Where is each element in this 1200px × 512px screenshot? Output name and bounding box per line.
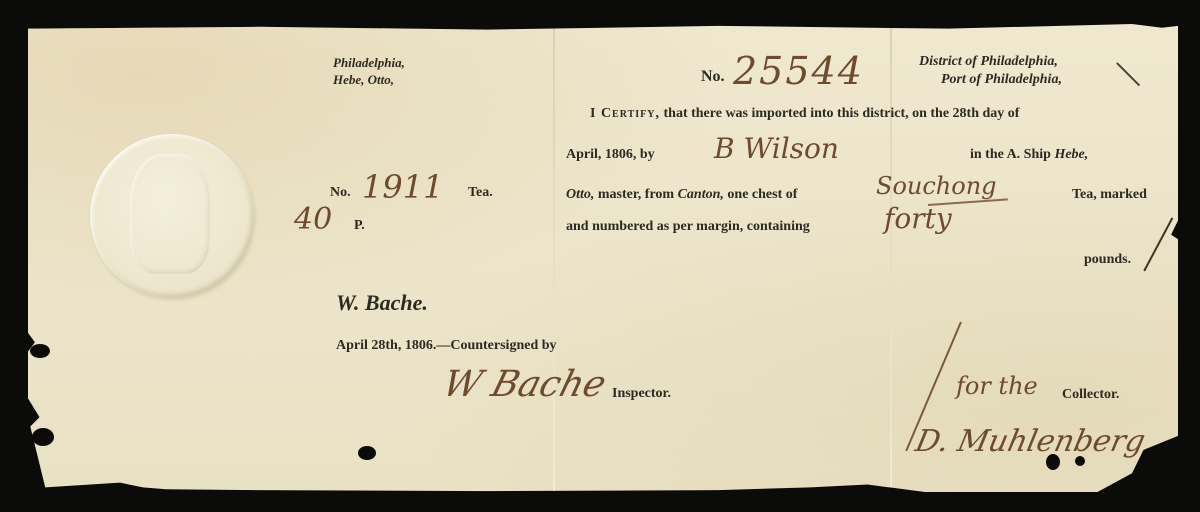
body-line3-mid: master, from — [598, 187, 674, 202]
seal-figure — [130, 154, 210, 274]
origin-port: Canton, — [678, 187, 724, 202]
number-label: No. — [701, 68, 725, 86]
certificate-number: 25544 — [733, 49, 864, 93]
paper-hole — [1046, 454, 1060, 470]
body-line5: pounds. — [1084, 252, 1131, 268]
master-name: Otto, — [566, 187, 594, 202]
paper-fold — [890, 24, 892, 492]
edge-damage — [32, 428, 54, 446]
edge-damage — [30, 344, 50, 358]
header-left-line1: Philadelphia, — [333, 55, 405, 71]
printed-signer: W. Bache. — [336, 290, 428, 316]
ship-prefix: in the A. Ship — [970, 147, 1051, 162]
header-right-line1: District of Philadelphia, — [919, 54, 1058, 70]
body-line2-date: April, 1806, by — [566, 147, 655, 163]
body-line4: and numbered as per margin, containing — [566, 219, 810, 235]
inspector-title: Inspector. — [612, 386, 671, 402]
importer-signature: B Wilson — [714, 132, 839, 165]
body-line2-ship: in the A. Ship Hebe, — [970, 147, 1088, 163]
countersign-line: April 28th, 1806.—Countersigned by — [336, 338, 557, 354]
collector-title: Collector. — [1062, 387, 1119, 403]
margin-no-label: No. — [330, 185, 351, 201]
margin-number: 1911 — [362, 168, 443, 206]
certify-lead: I Certify, — [590, 106, 660, 121]
paper-hole — [1075, 456, 1085, 466]
body-line3-end: Tea, marked — [1072, 187, 1147, 203]
margin-weight: 40 — [294, 202, 332, 237]
tea-kind-handwritten: Souchong — [876, 172, 997, 200]
paper-fold — [553, 24, 555, 492]
paper-tear — [1143, 217, 1172, 271]
paper-hole — [358, 446, 376, 460]
pen-mark — [1116, 62, 1140, 86]
header-left-line2: Hebe, Otto, — [333, 72, 394, 88]
body-line1: I Certify, that there was imported into … — [590, 106, 1019, 122]
ship-name: Hebe, — [1054, 147, 1088, 162]
embossed-seal — [90, 134, 254, 298]
inspector-signature: W Bache — [439, 364, 611, 405]
collector-signature-top: for the — [956, 372, 1038, 400]
collector-signature: D. Muhlenberg — [912, 424, 1148, 459]
body-line3: Otto, master, from Canton, one chest of — [566, 187, 797, 203]
amount-handwritten: forty — [884, 202, 952, 235]
header-right-line2: Port of Philadelphia, — [941, 72, 1062, 88]
margin-commodity: Tea. — [468, 185, 493, 201]
body-line1-text: that there was imported into this distri… — [664, 106, 1020, 121]
certificate-paper: Philadelphia, Hebe, Otto, No. 25544 Dist… — [28, 24, 1178, 492]
margin-weight-unit: P. — [354, 218, 365, 234]
body-line3-chest: one chest of — [727, 187, 797, 202]
